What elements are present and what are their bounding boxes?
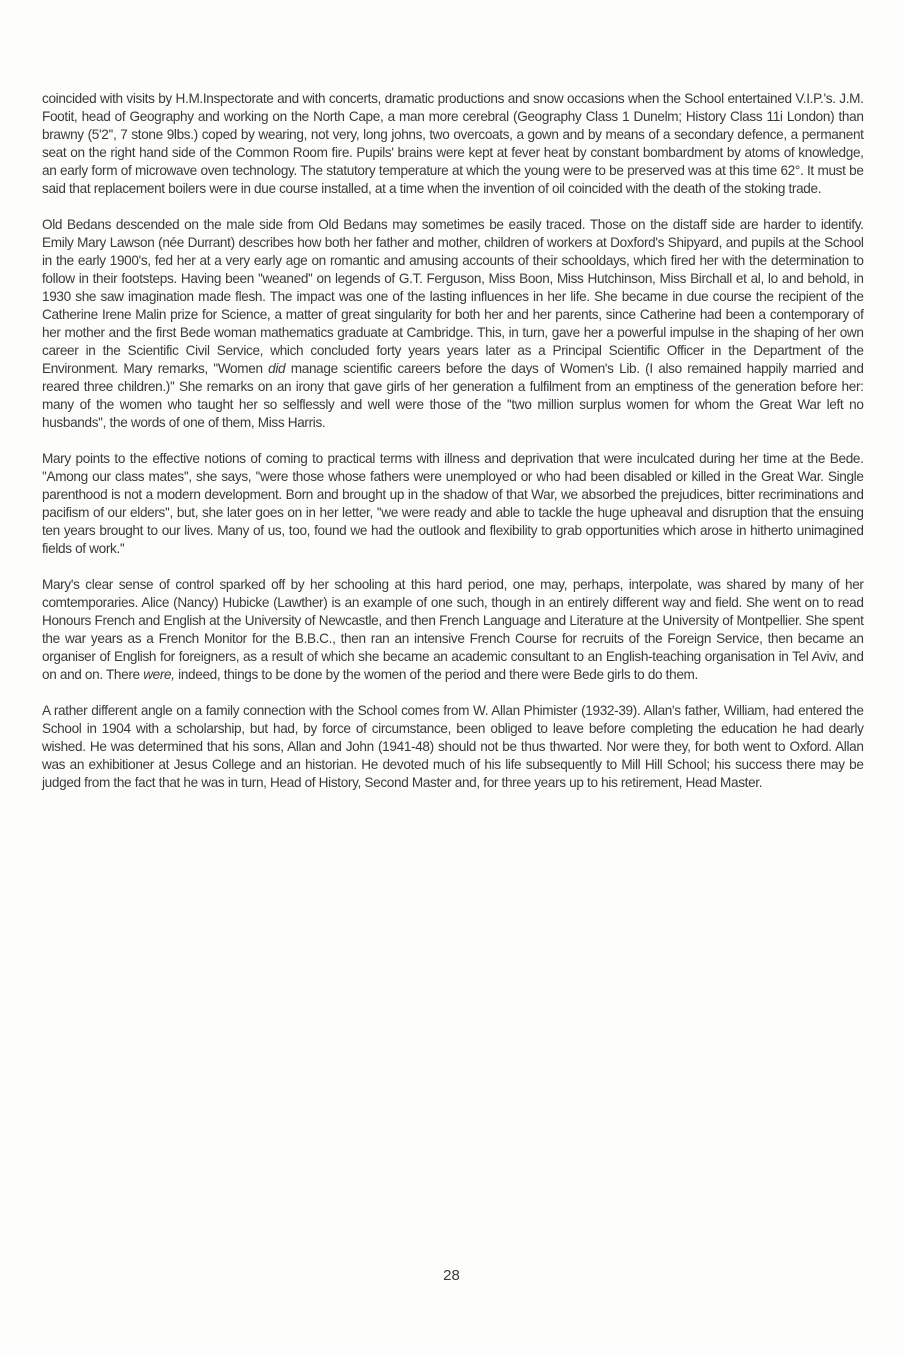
italic-emphasis: were, [143, 666, 175, 682]
page-number: 28 [0, 1267, 903, 1284]
italic-emphasis: did [268, 360, 285, 376]
text-run: Mary points to the effective notions of … [42, 450, 864, 556]
paragraph-allan-phimister: A rather different angle on a family con… [42, 701, 864, 791]
text-run: coincided with visits by H.M.Inspectorat… [42, 90, 864, 196]
paragraph-nancy-hubicke: Mary's clear sense of control sparked of… [42, 575, 864, 683]
paragraph-practical-terms: Mary points to the effective notions of … [42, 449, 864, 557]
paragraph-school-heating: coincided with visits by H.M.Inspectorat… [42, 89, 864, 197]
text-run: indeed, things to be done by the women o… [175, 666, 698, 682]
paragraph-old-bedans-mary-lawson: Old Bedans descended on the male side fr… [42, 215, 864, 431]
page-body: coincided with visits by H.M.Inspectorat… [42, 89, 864, 791]
text-run: A rather different angle on a family con… [42, 702, 864, 790]
text-run: Old Bedans descended on the male side fr… [42, 216, 864, 376]
